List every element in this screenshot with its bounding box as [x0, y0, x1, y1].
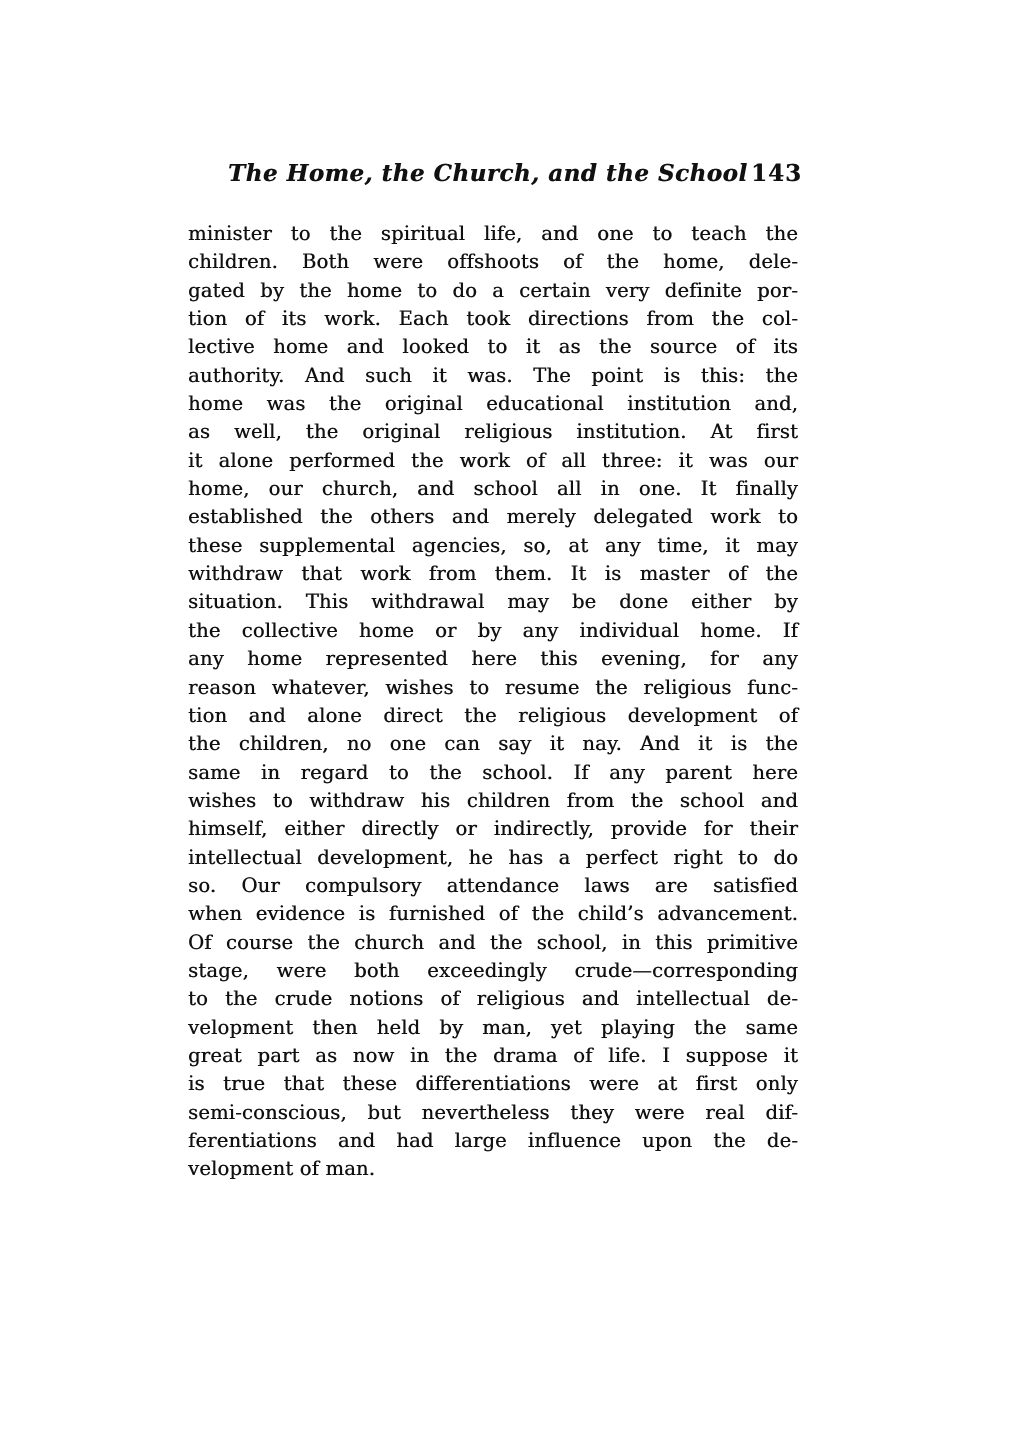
- text-line: withdraw that work from them. It is mast…: [188, 560, 798, 588]
- page-number: 143: [751, 160, 802, 187]
- running-header: The Home, the Church, and the School 143: [188, 160, 802, 187]
- text-line: himself, either directly or indirectly, …: [188, 815, 798, 843]
- text-line: lective home and looked to it as the sou…: [188, 333, 798, 361]
- text-line: home was the original educational instit…: [188, 390, 798, 418]
- text-line: authority. And such it was. The point is…: [188, 362, 798, 390]
- text-line: Of course the church and the school, in …: [188, 929, 798, 957]
- text-line: minister to the spiritual life, and one …: [188, 220, 798, 248]
- text-line: same in regard to the school. If any par…: [188, 759, 798, 787]
- text-line: children. Both were offshoots of the hom…: [188, 248, 798, 276]
- text-line: so. Our compulsory attendance laws are s…: [188, 872, 798, 900]
- text-line: velopment then held by man, yet playing …: [188, 1014, 798, 1042]
- text-line: it alone performed the work of all three…: [188, 447, 798, 475]
- text-line: velopment of man.: [188, 1155, 798, 1183]
- text-line: intellectual development, he has a perfe…: [188, 844, 798, 872]
- text-line: is true that these differentiations were…: [188, 1070, 798, 1098]
- text-line: as well, the original religious institut…: [188, 418, 798, 446]
- text-line: wishes to withdraw his children from the…: [188, 787, 798, 815]
- text-line: great part as now in the drama of life. …: [188, 1042, 798, 1070]
- text-line: semi-conscious, but nevertheless they we…: [188, 1099, 798, 1127]
- text-line: when evidence is furnished of the child’…: [188, 900, 798, 928]
- text-line: home, our church, and school all in one.…: [188, 475, 798, 503]
- text-line: these supplemental agencies, so, at any …: [188, 532, 798, 560]
- text-line: to the crude notions of religious and in…: [188, 985, 798, 1013]
- text-line: situation. This withdrawal may be done e…: [188, 588, 798, 616]
- text-line: stage, were both exceedingly crude—corre…: [188, 957, 798, 985]
- text-line: gated by the home to do a certain very d…: [188, 277, 798, 305]
- book-page: The Home, the Church, and the School 143…: [0, 0, 1010, 1454]
- text-line: tion and alone direct the religious deve…: [188, 702, 798, 730]
- text-line: any home represented here this evening, …: [188, 645, 798, 673]
- text-line: the collective home or by any individual…: [188, 617, 798, 645]
- chapter-title: The Home, the Church, and the School: [188, 160, 748, 187]
- text-line: tion of its work. Each took directions f…: [188, 305, 798, 333]
- body-text: minister to the spiritual life, and one …: [188, 220, 798, 1184]
- text-line: reason whatever, wishes to resume the re…: [188, 674, 798, 702]
- text-line: ferentiations and had large influence up…: [188, 1127, 798, 1155]
- text-line: the children, no one can say it nay. And…: [188, 730, 798, 758]
- text-line: established the others and merely delega…: [188, 503, 798, 531]
